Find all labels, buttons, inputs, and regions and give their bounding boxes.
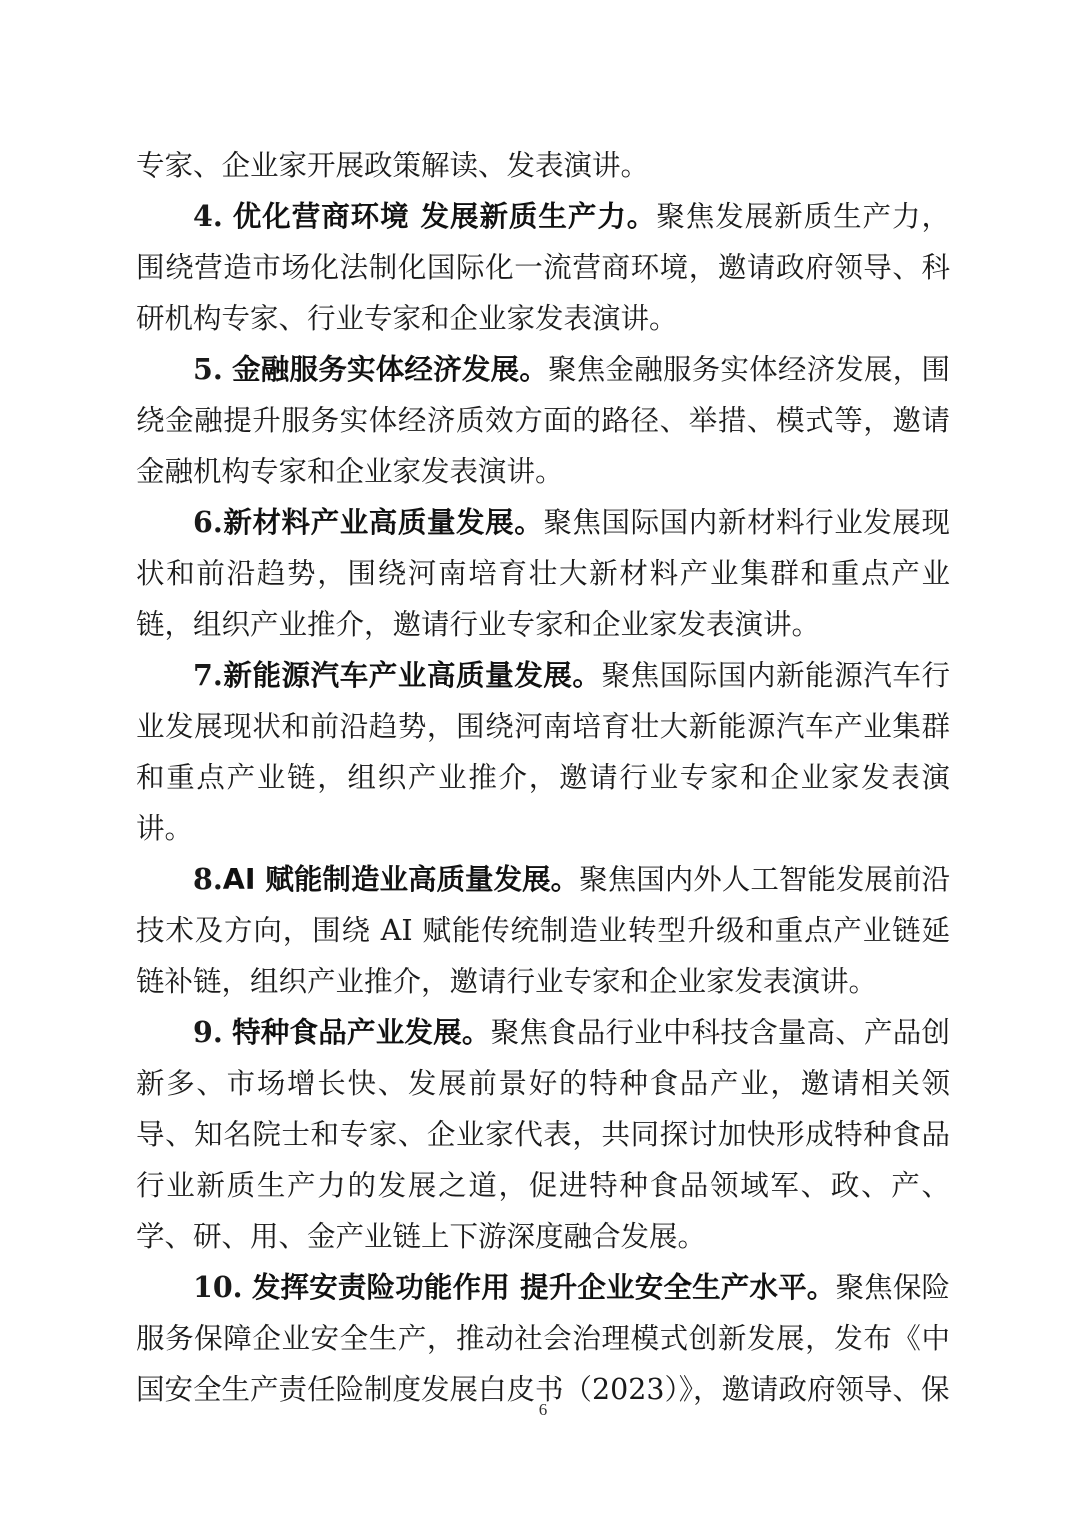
item-heading: 金融服务实体经济发展。 <box>232 353 548 386</box>
item-6-paragraph: 6.新材料产业高质量发展。聚焦国际国内新材料行业发展现状和前沿趋势，围绕河南培育… <box>136 497 950 650</box>
item-heading: 优化营商环境 发展新质生产力。 <box>233 200 656 233</box>
item-8-paragraph: 8.AI 赋能制造业高质量发展。聚焦国内外人工智能发展前沿技术及方向，围绕 AI… <box>136 854 950 1007</box>
item-number: 10. <box>193 1270 243 1304</box>
item-10-paragraph: 10. 发挥安责险功能作用 提升企业安全生产水平。聚焦保险服务保障企业安全生产，… <box>136 1262 950 1415</box>
item-number: 8. <box>193 862 223 896</box>
item-number: 9. <box>193 1015 223 1049</box>
item-heading: 新能源汽车产业高质量发展。 <box>223 659 602 692</box>
item-number: 4. <box>193 199 223 233</box>
item-heading: 新材料产业高质量发展。 <box>223 506 544 539</box>
item-number: 6. <box>193 505 223 539</box>
item-heading: 发挥安责险功能作用 提升企业安全生产水平。 <box>252 1271 836 1304</box>
document-page: 专家、企业家开展政策解读、发表演讲。 4. 优化营商环境 发展新质生产力。聚焦发… <box>136 140 950 1415</box>
item-5-paragraph: 5. 金融服务实体经济发展。聚焦金融服务实体经济发展，围绕金融提升服务实体经济质… <box>136 344 950 497</box>
item-number: 7. <box>193 658 223 692</box>
item-4-paragraph: 4. 优化营商环境 发展新质生产力。聚焦发展新质生产力，围绕营造市场化法制化国际… <box>136 191 950 344</box>
page-number: 6 <box>0 1400 1086 1420</box>
item-heading: 特种食品产业发展。 <box>232 1016 491 1049</box>
continuation-paragraph: 专家、企业家开展政策解读、发表演讲。 <box>136 140 950 191</box>
item-number: 5. <box>193 352 223 386</box>
item-7-paragraph: 7.新能源汽车产业高质量发展。聚焦国际国内新能源汽车行业发展现状和前沿趋势，围绕… <box>136 650 950 854</box>
item-heading: AI 赋能制造业高质量发展。 <box>223 863 579 896</box>
item-9-paragraph: 9. 特种食品产业发展。聚焦食品行业中科技含量高、产品创新多、市场增长快、发展前… <box>136 1007 950 1262</box>
item-body: 聚焦食品行业中科技含量高、产品创新多、市场增长快、发展前景好的特种食品产业，邀请… <box>136 1016 950 1253</box>
